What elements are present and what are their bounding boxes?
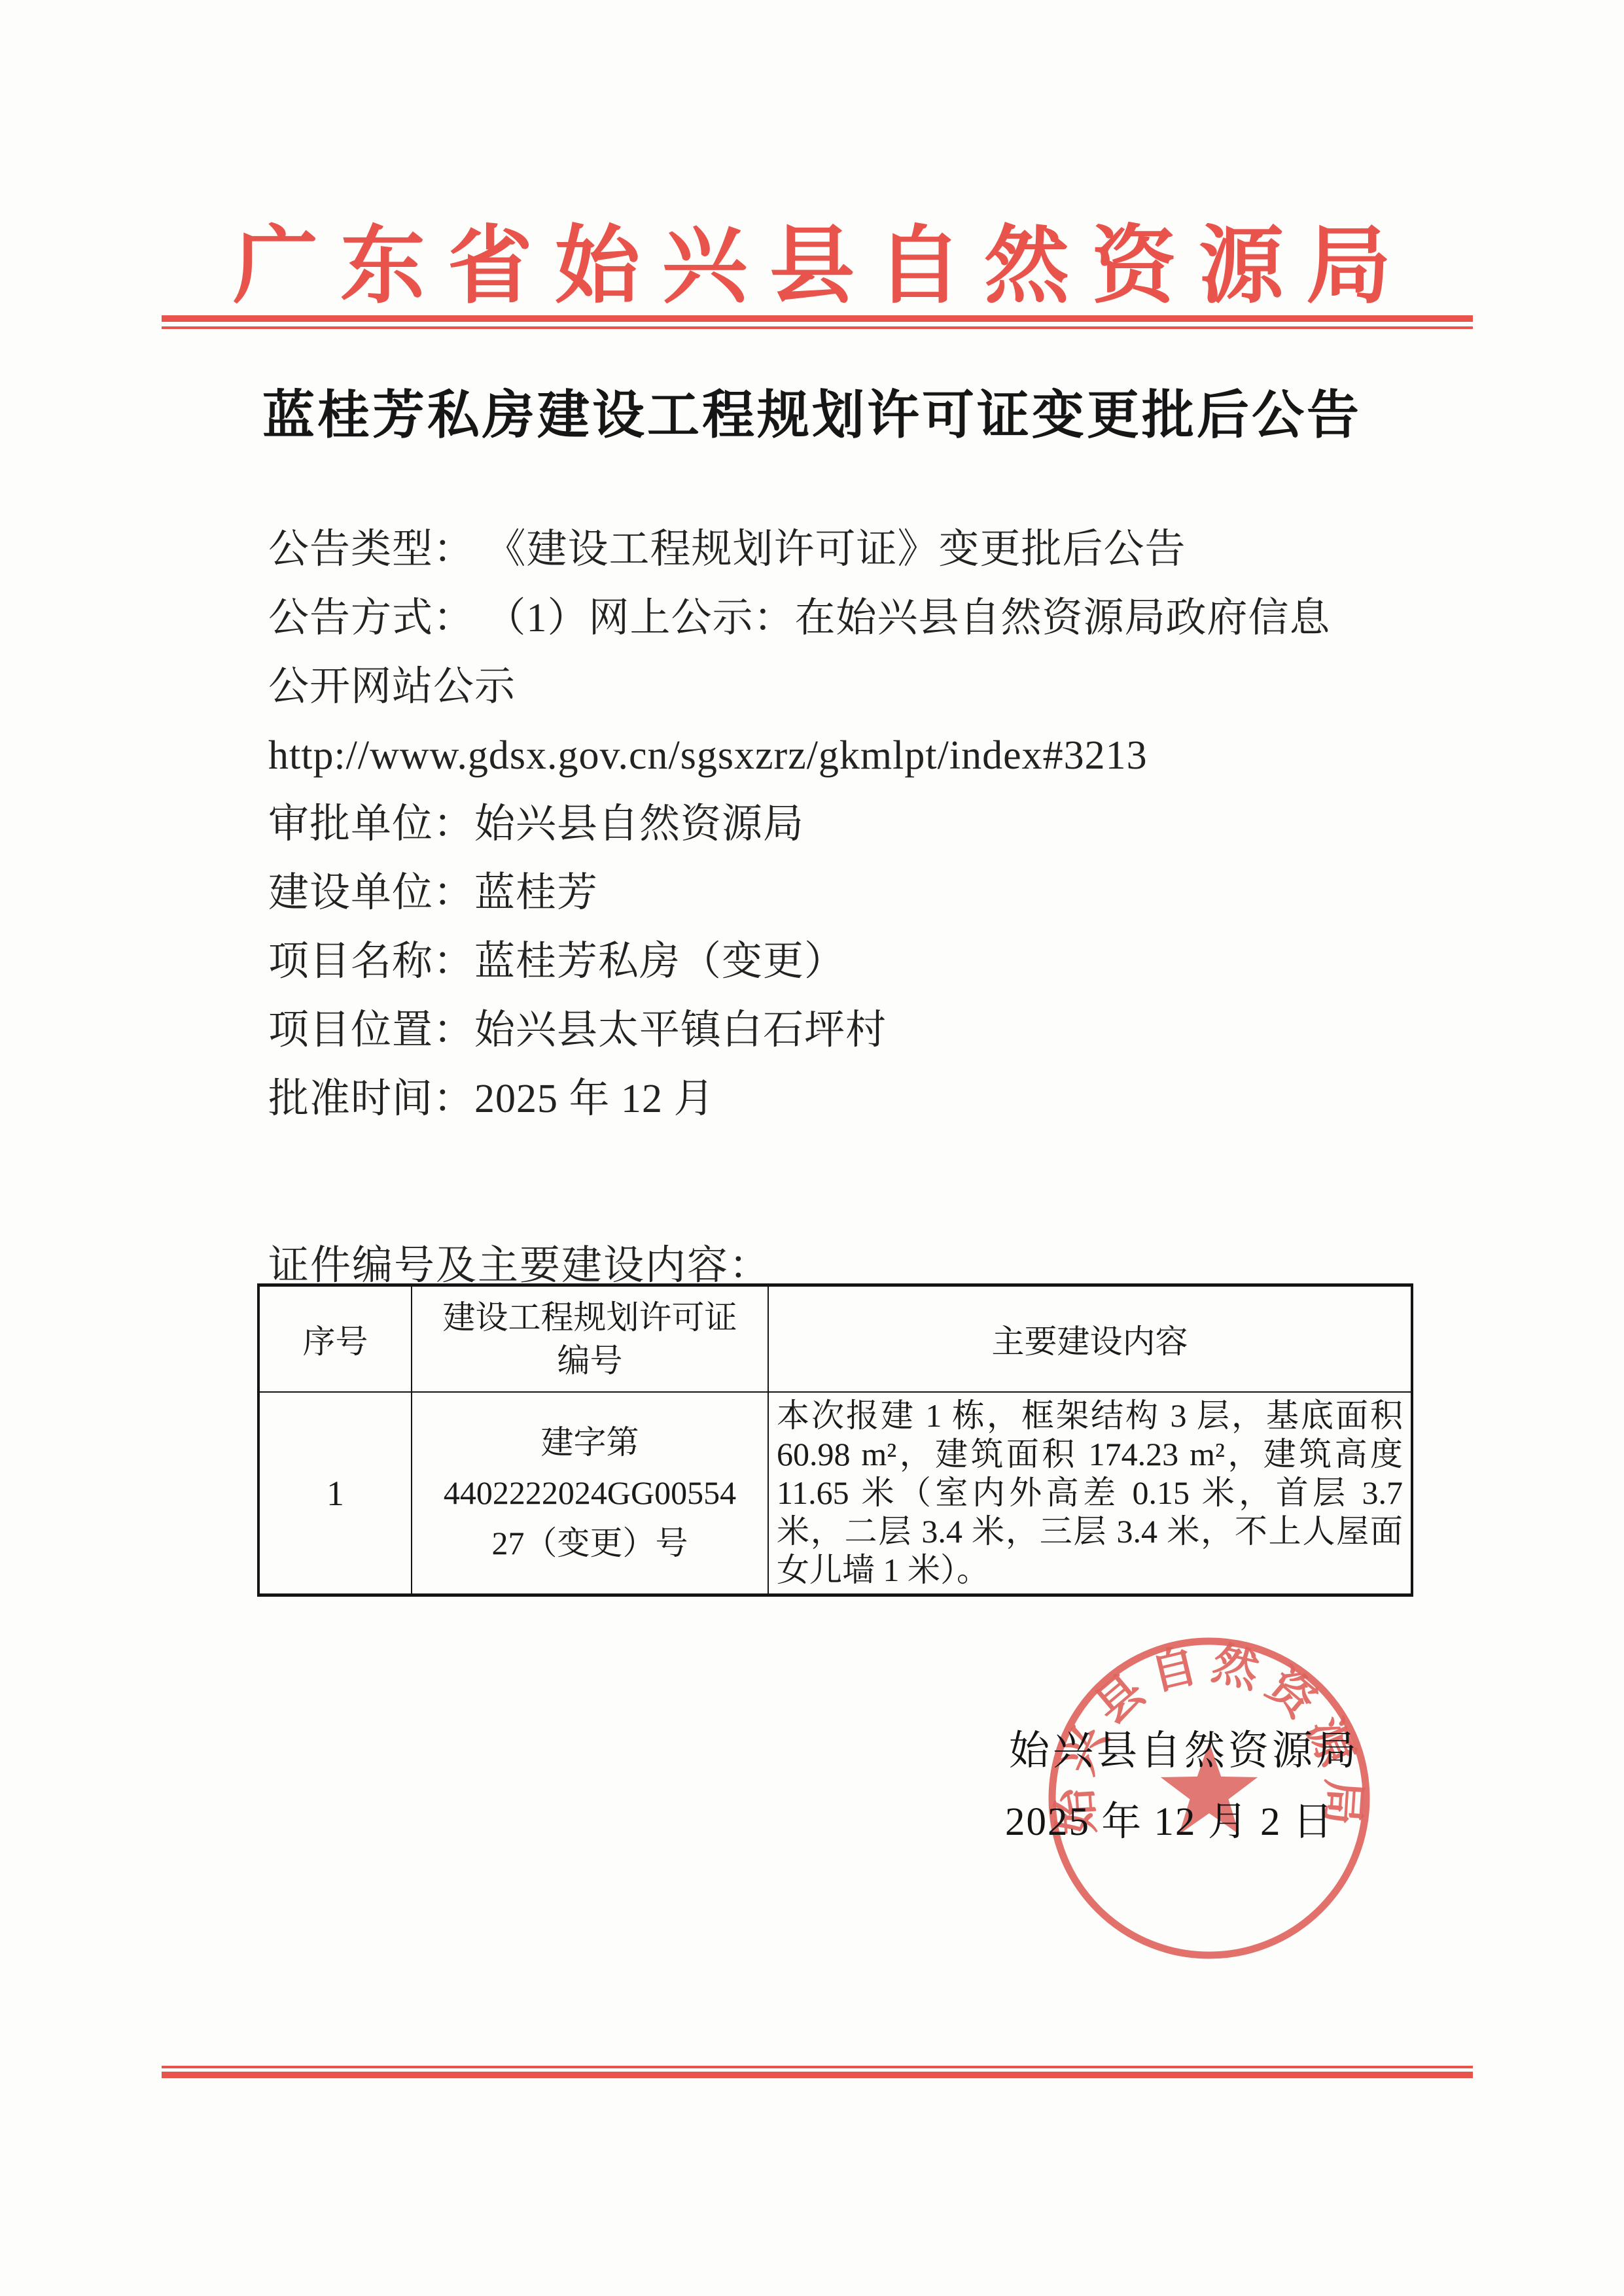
permit-number-line: 建字第	[420, 1418, 760, 1468]
announcement-body: 公告类型： 《建设工程规划许可证》变更批后公告 公告方式： （1）网上公示：在始…	[268, 515, 1407, 1134]
approval-unit-line: 审批单位：始兴县自然资源局	[268, 790, 1407, 859]
table-header-permit: 建设工程规划许可证编号	[412, 1285, 768, 1393]
table-header-permit-label: 建设工程规划许可证编号	[433, 1296, 747, 1382]
agency-letterhead: 广东省始兴县自然资源局	[0, 198, 1624, 320]
table-row: 1 建字第 4402222024GG00554 27（变更）号 本次报建 1 栋…	[258, 1392, 1412, 1595]
table-header-content: 主要建设内容	[768, 1285, 1412, 1393]
footer-rule-thick	[162, 2072, 1473, 2078]
announcement-page: 广东省始兴县自然资源局 蓝桂芳私房建设工程规划许可证变更批后公告 公告类型： 《…	[0, 0, 1624, 2296]
table-header-row: 序号 建设工程规划许可证编号 主要建设内容	[258, 1285, 1412, 1393]
approval-date-line: 批准时间：2025 年 12 月	[268, 1065, 1407, 1134]
cell-permit-number: 建字第 4402222024GG00554 27（变更）号	[412, 1392, 768, 1595]
project-name-line: 项目名称：蓝桂芳私房（变更）	[268, 928, 1407, 996]
permits-table: 序号 建设工程规划许可证编号 主要建设内容 1 建字第 4402222024GG…	[257, 1283, 1413, 1597]
announcement-method-wrap-line: 公开网站公示	[268, 653, 1407, 722]
cell-construction-content: 本次报建 1 栋，框架结构 3 层，基底面积 60.98 m²，建筑面积 174…	[768, 1392, 1412, 1595]
table-header-index: 序号	[258, 1285, 412, 1393]
permit-number-line: 27（变更）号	[420, 1518, 760, 1569]
document-title: 蓝桂芳私房建设工程规划许可证变更批后公告	[0, 373, 1624, 448]
announcement-method-line: 公告方式： （1）网上公示：在始兴县自然资源局政府信息	[268, 584, 1407, 653]
signature-agency: 始兴县自然资源局	[1009, 1718, 1360, 1776]
letterhead-rule-thick	[162, 315, 1473, 322]
permit-number-line: 4402222024GG00554	[420, 1468, 760, 1518]
table-section-heading: 证件编号及主要建设内容：	[268, 1232, 771, 1291]
construction-unit-line: 建设单位：蓝桂芳	[268, 859, 1407, 928]
letterhead-rule-thin	[162, 326, 1473, 329]
project-location-line: 项目位置：始兴县太平镇白石坪村	[268, 996, 1407, 1065]
footer-rule-thin	[162, 2066, 1473, 2068]
announcement-type-line: 公告类型： 《建设工程规划许可证》变更批后公告	[268, 515, 1407, 584]
signature-date: 2025 年 12 月 2 日	[1005, 1790, 1334, 1847]
cell-index: 1	[258, 1392, 412, 1595]
publicity-url: http://www.gdsx.gov.cn/sgsxzrz/gkmlpt/in…	[268, 722, 1407, 790]
